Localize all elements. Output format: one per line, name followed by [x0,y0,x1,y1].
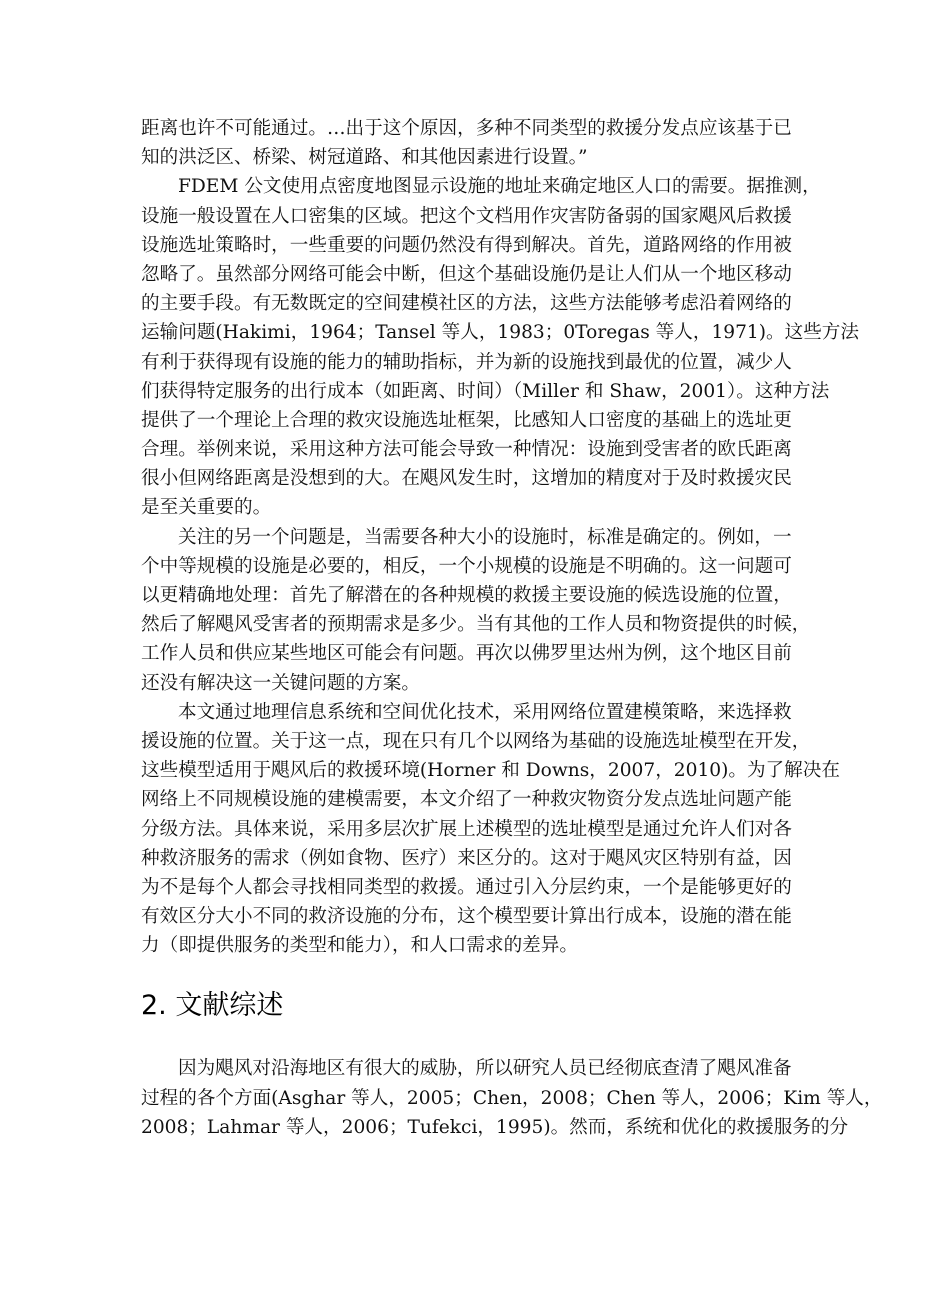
text-line: 很小但网络距离是没想到的大。在飓风发生时，这增加的精度对于及时救援灾民 [141,464,787,493]
text-line: 个中等规模的设施是必要的，相反，一个小规模的设施是不明确的。这一问题可 [141,552,787,581]
text-line: 这些模型适用于飓风后的救援环境(Horner 和 Downs，2007，2010… [141,756,787,785]
text-line: 忽略了。虽然部分网络可能会中断，但这个基础设施仍是让人们从一个地区移动 [141,260,787,289]
text-line: 知的洪泛区、桥梁、树冠道路、和其他因素进行设置。” [141,143,787,172]
text-line: 合理。举例来说，采用这种方法可能会导致一种情况：设施到受害者的欧氏距离 [141,435,787,464]
text-line: 设施选址策略时，一些重要的问题仍然没有得到解决。首先，道路网络的作用被 [141,231,787,260]
text-line: 因为飓风对沿海地区有很大的威胁，所以研究人员已经彻底查清了飓风准备 [141,1054,787,1083]
text-line: 以更精确地处理：首先了解潜在的各种规模的救援主要设施的候选设施的位置， [141,581,787,610]
text-line: 还没有解决这一关键问题的方案。 [141,669,787,698]
text-line: 网络上不同规模设施的建模需要，本文介绍了一种救灾物资分发点选址问题产能 [141,785,787,814]
text-line: 本文通过地理信息系统和空间优化技术，采用网络位置建模策略，来选择救 [141,698,787,727]
text-line: 过程的各个方面(Asghar 等人，2005；Chen，2008；Chen 等人… [141,1084,787,1113]
paragraph-fdem: FDEM 公文使用点密度地图显示设施的地址来确定地区人口的需要。据推测， 设施一… [141,172,787,522]
text-line: 然后了解飓风受害者的预期需求是多少。当有其他的工作人员和物资提供的时候， [141,610,787,639]
text-line: 的主要手段。有无数既定的空间建模社区的方法，这些方法能够考虑沿着网络的 [141,289,787,318]
text-line: 分级方法。具体来说，采用多层次扩展上述模型的选址模型是通过允许人们对各 [141,815,787,844]
text-line: 距离也许不可能通过。…出于这个原因，多种不同类型的救援分发点应该基于已 [141,114,787,143]
text-line: 提供了一个理论上合理的救灾设施选址框架，比感知人口密度的基础上的选址更 [141,406,787,435]
text-line: 是至关重要的。 [141,493,787,522]
text-line: 设施一般设置在人口密集的区域。把这个文档用作灾害防备弱的国家飓风后救援 [141,202,787,231]
text-line: 为不是每个人都会寻找相同类型的救援。通过引入分层约束，一个是能够更好的 [141,873,787,902]
text-line: 有效区分大小不同的救济设施的分布，这个模型要计算出行成本，设施的潜在能 [141,902,787,931]
text-line: 力（即提供服务的类型和能力），和人口需求的差异。 [141,931,787,960]
section-heading-literature-review: 2. 文献综述 [141,982,787,1030]
text-line: 们获得特定服务的出行成本（如距离、时间）（Miller 和 Shaw，2001）… [141,377,787,406]
text-line: 有利于获得现有设施的能力的辅助指标，并为新的设施找到最优的位置，减少人 [141,348,787,377]
text-line: 运输问题(Hakimi，1964；Tansel 等人，1983；0Toregas… [141,318,787,347]
document-page: 距离也许不可能通过。…出于这个原因，多种不同类型的救援分发点应该基于已 知的洪泛… [141,114,787,1142]
paragraph-quote-continuation: 距离也许不可能通过。…出于这个原因，多种不同类型的救援分发点应该基于已 知的洪泛… [141,114,787,172]
text-line: 关注的另一个问题是，当需要各种大小的设施时，标准是确定的。例如，一 [141,523,787,552]
paragraph-literature-review: 因为飓风对沿海地区有很大的威胁，所以研究人员已经彻底查清了飓风准备 过程的各个方… [141,1054,787,1142]
text-line: 援设施的位置。关于这一点，现在只有几个以网络为基础的设施选址模型在开发， [141,727,787,756]
text-line: 2008；Lahmar 等人，2006；Tufekci，1995)。然而，系统和… [141,1113,787,1142]
text-line: 工作人员和供应某些地区可能会有问题。再次以佛罗里达州为例，这个地区目前 [141,639,787,668]
paragraph-this-paper: 本文通过地理信息系统和空间优化技术，采用网络位置建模策略，来选择救 援设施的位置… [141,698,787,961]
text-line: FDEM 公文使用点密度地图显示设施的地址来确定地区人口的需要。据推测， [141,172,787,201]
paragraph-facility-size: 关注的另一个问题是，当需要各种大小的设施时，标准是确定的。例如，一 个中等规模的… [141,523,787,698]
text-line: 种救济服务的需求（例如食物、医疗）来区分的。这对于飓风灾区特别有益，因 [141,844,787,873]
